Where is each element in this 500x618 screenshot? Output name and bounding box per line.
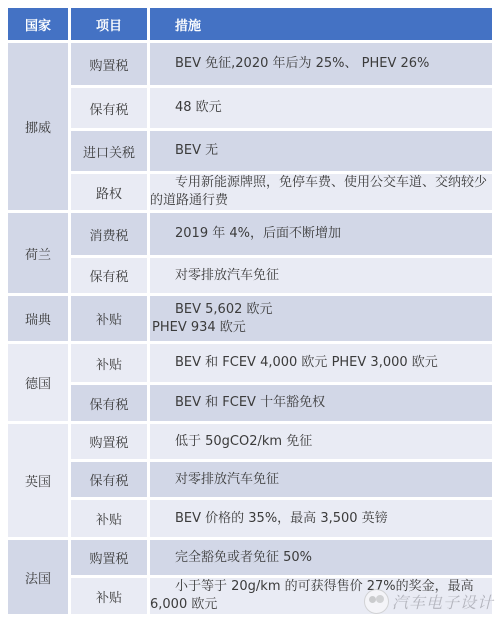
table-row: 瑞典 补贴 BEV 5,602 欧元 PHEV 934 欧元 <box>8 296 492 341</box>
document-page: 国家 项目 措施 挪威 购置税 BEV 免征,2020 年后为 25%、 PHE… <box>0 5 500 618</box>
table-row: 挪威 购置税 BEV 免征,2020 年后为 25%、 PHEV 26% <box>8 43 492 85</box>
item-cell: 路权 <box>71 174 147 210</box>
table-row: 补贴 小于等于 20g/km 的可获得售价 27%的奖金，最高 6,000 欧元 <box>8 578 492 614</box>
measure-cell: 48 欧元 <box>150 88 492 128</box>
table-header-row: 国家 项目 措施 <box>8 8 492 40</box>
table-row: 保有税 对零排放汽车免征 <box>8 258 492 293</box>
header-country: 国家 <box>8 8 68 40</box>
country-cell-sweden: 瑞典 <box>8 296 68 341</box>
measure-cell: 完全豁免或者免征 50% <box>150 540 492 575</box>
table-row: 德国 补贴 BEV 和 FCEV 4,000 欧元 PHEV 3,000 欧元 <box>8 344 492 382</box>
table-row: 保有税 48 欧元 <box>8 88 492 128</box>
measure-cell: BEV 免征,2020 年后为 25%、 PHEV 26% <box>150 43 492 85</box>
table-row: 路权 专用新能源牌照，免停车费、使用公交车道、交纳较少的道路通行费 <box>8 174 492 210</box>
item-cell: 保有税 <box>71 462 147 497</box>
item-cell: 补贴 <box>71 344 147 382</box>
header-item: 项目 <box>71 8 147 40</box>
measure-line-1: BEV 5,602 欧元 <box>150 301 492 319</box>
item-cell: 保有税 <box>71 258 147 293</box>
table-row: 保有税 对零排放汽车免征 <box>8 462 492 497</box>
measure-cell: BEV 无 <box>150 131 492 171</box>
country-cell-netherlands: 荷兰 <box>8 213 68 293</box>
item-cell: 进口关税 <box>71 131 147 171</box>
table-row: 法国 购置税 完全豁免或者免征 50% <box>8 540 492 575</box>
measure-cell: 对零排放汽车免征 <box>150 258 492 293</box>
item-cell: 补贴 <box>71 500 147 537</box>
country-cell-norway: 挪威 <box>8 43 68 210</box>
measure-cell: 对零排放汽车免征 <box>150 462 492 497</box>
country-cell-uk: 英国 <box>8 424 68 537</box>
measure-line-2: PHEV 934 欧元 <box>150 319 492 337</box>
table-row: 补贴 BEV 价格的 35%，最高 3,500 英镑 <box>8 500 492 537</box>
item-cell: 保有税 <box>71 88 147 128</box>
measure-cell: BEV 价格的 35%，最高 3,500 英镑 <box>150 500 492 537</box>
table-row: 英国 购置税 低于 50gCO2/km 免征 <box>8 424 492 459</box>
measure-cell: 低于 50gCO2/km 免征 <box>150 424 492 459</box>
measure-cell: 小于等于 20g/km 的可获得售价 27%的奖金，最高 6,000 欧元 <box>150 578 492 614</box>
header-measure: 措施 <box>150 8 492 40</box>
item-cell: 消费税 <box>71 213 147 255</box>
item-cell: 保有税 <box>71 385 147 421</box>
measure-cell: BEV 和 FCEV 十年豁免权 <box>150 385 492 421</box>
ev-policy-table: 国家 项目 措施 挪威 购置税 BEV 免征,2020 年后为 25%、 PHE… <box>5 5 495 617</box>
table-row: 保有税 BEV 和 FCEV 十年豁免权 <box>8 385 492 421</box>
item-cell: 购置税 <box>71 540 147 575</box>
measure-cell: BEV 和 FCEV 4,000 欧元 PHEV 3,000 欧元 <box>150 344 492 382</box>
country-cell-germany: 德国 <box>8 344 68 421</box>
table-row: 荷兰 消费税 2019 年 4%，后面不断增加 <box>8 213 492 255</box>
item-cell: 补贴 <box>71 296 147 341</box>
measure-cell: 专用新能源牌照，免停车费、使用公交车道、交纳较少的道路通行费 <box>150 174 492 210</box>
table-row: 进口关税 BEV 无 <box>8 131 492 171</box>
measure-cell: 2019 年 4%，后面不断增加 <box>150 213 492 255</box>
item-cell: 购置税 <box>71 424 147 459</box>
item-cell: 补贴 <box>71 578 147 614</box>
item-cell: 购置税 <box>71 43 147 85</box>
country-cell-france: 法国 <box>8 540 68 614</box>
measure-cell: BEV 5,602 欧元 PHEV 934 欧元 <box>150 296 492 341</box>
